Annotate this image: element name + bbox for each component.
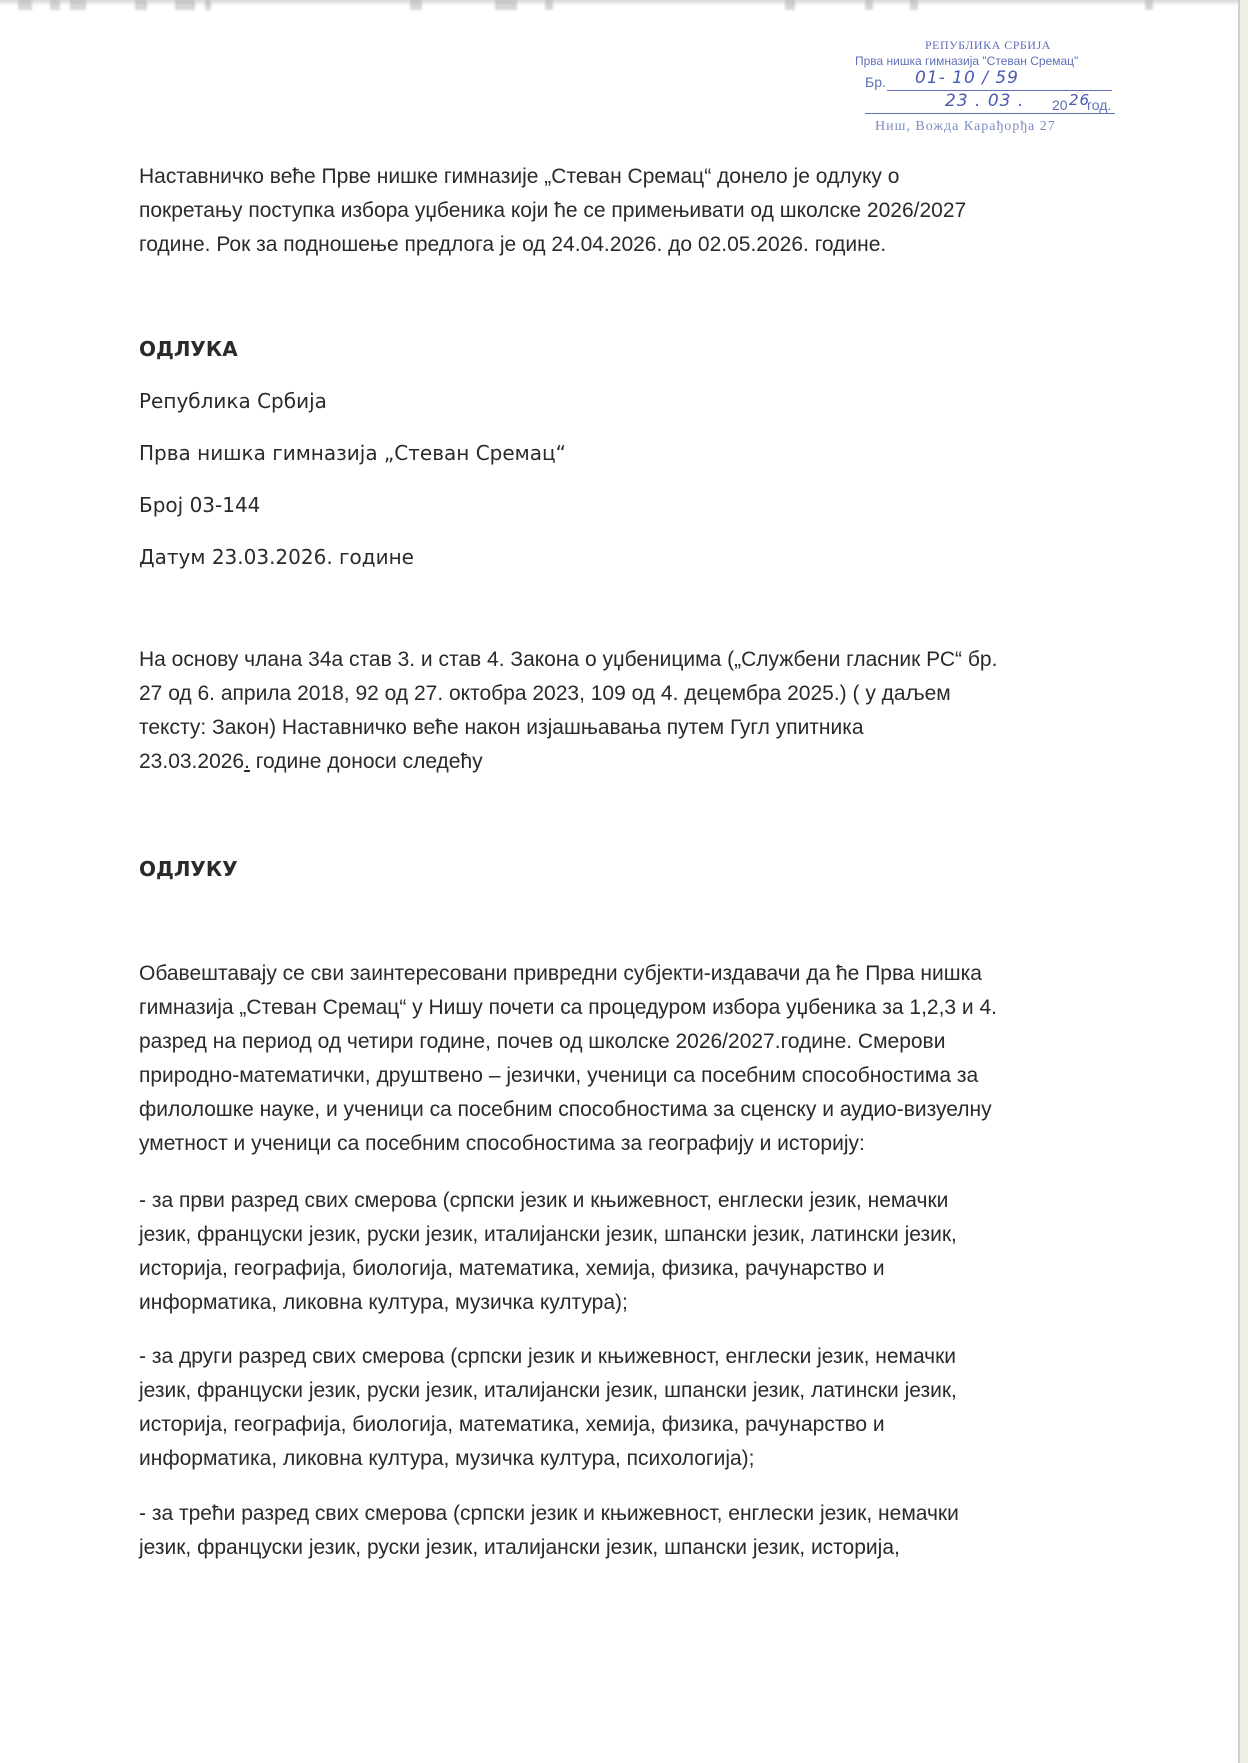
grade-line: историја, географија, биологија, математ… <box>139 1252 1079 1286</box>
legal-basis-rest: године доноси следећу <box>250 750 483 773</box>
stamp-date-value: 23 . 03 . <box>945 91 1024 111</box>
stamp-address: Ниш, Вожда Карађорђа 27 <box>875 119 1056 135</box>
stamp-country: РЕПУБЛИКА СРБИЈА <box>925 38 1051 53</box>
notice-line: природно-математички, друштвено – језичк… <box>139 1059 1079 1093</box>
intro-line: покретању поступка избора уџбеника који … <box>139 194 1079 228</box>
legal-basis-paragraph: На основу члана 34а став 3. и став 4. За… <box>139 643 1079 779</box>
scan-edge-right <box>1238 0 1248 1763</box>
stamp-date-row: 23 . 03 . 20 26 год. <box>865 95 1120 115</box>
grade-line: језик, француски језик, руски језик, ита… <box>139 1218 1079 1252</box>
decision-title: ОДЛУКУ <box>139 852 1079 886</box>
decision-number: Број 03-144 <box>139 488 1079 522</box>
intro-line: године. Рок за подношење предлога је од … <box>139 228 1079 262</box>
registry-stamp: РЕПУБЛИКА СРБИЈА Прва нишка гимназија "С… <box>855 38 1145 148</box>
legal-basis-line-last: 23.03.2026. године доноси следећу <box>139 745 1079 779</box>
decision-school: Прва нишка гимназија „Стеван Сремац“ <box>139 436 1079 470</box>
stamp-number-row: Бр. 01- 10 / 59 <box>865 74 1115 90</box>
grade-line: језик, француски језик, руски језик, ита… <box>139 1531 1079 1565</box>
grade-2-item: - за други разред свих смерова (српски ј… <box>139 1340 1079 1476</box>
grade-3-item: - за трећи разред свих смерова (српски ј… <box>139 1497 1079 1565</box>
legal-basis-date: 23.03.2026 <box>139 750 244 773</box>
notice-line: гимназија „Стеван Сремац“ у Нишу почети … <box>139 991 1079 1025</box>
intro-paragraph: Наставничко веће Прве нишке гимназије „С… <box>139 160 1079 262</box>
grade-line: информатика, ликовна култура, музичка ку… <box>139 1442 1079 1476</box>
notice-line: Обавештавају се сви заинтересовани привр… <box>139 957 1079 991</box>
notice-line: филолошке науке, и ученици са посебним с… <box>139 1093 1079 1127</box>
stamp-date-line <box>865 113 1115 114</box>
grade-line: историја, географија, биологија, математ… <box>139 1408 1079 1442</box>
grade-line: - за трећи разред свих смерова (српски ј… <box>139 1497 1079 1531</box>
legal-basis-line: тексту: Закон) Наставничко веће након из… <box>139 711 1079 745</box>
intro-line: Наставничко веће Прве нишке гимназије „С… <box>139 160 1079 194</box>
grade-line: информатика, ликовна култура, музичка ку… <box>139 1286 1079 1320</box>
grade-line: - за први разред свих смерова (српски је… <box>139 1184 1079 1218</box>
grade-1-item: - за први разред свих смерова (српски је… <box>139 1184 1079 1320</box>
legal-basis-line: 27 од 6. априла 2018, 92 од 27. октобра … <box>139 677 1079 711</box>
stamp-number-label: Бр. <box>865 74 886 90</box>
notice-line: разред на период од четири године, почев… <box>139 1025 1079 1059</box>
stamp-year-suffix: год. <box>1087 97 1111 113</box>
grade-line: - за други разред свих смерова (српски ј… <box>139 1340 1079 1374</box>
stamp-school: Прва нишка гимназија "Стеван Сремац" <box>855 54 1078 68</box>
decision-country: Република Србија <box>139 384 1079 418</box>
stamp-number-value: 01- 10 / 59 <box>915 68 1019 88</box>
grade-line: језик, француски језик, руски језик, ита… <box>139 1374 1079 1408</box>
notice-line: уметност и ученици са посебним способнос… <box>139 1127 1079 1161</box>
decision-heading: ОДЛУКА <box>139 332 1079 366</box>
legal-basis-line: На основу члана 34а став 3. и став 4. За… <box>139 643 1079 677</box>
notice-paragraph: Обавештавају се сви заинтересовани привр… <box>139 957 1079 1161</box>
scan-artifacts <box>0 0 1248 16</box>
decision-date: Датум 23.03.2026. године <box>139 540 1079 574</box>
stamp-year-prefix: 20 <box>1052 97 1068 113</box>
